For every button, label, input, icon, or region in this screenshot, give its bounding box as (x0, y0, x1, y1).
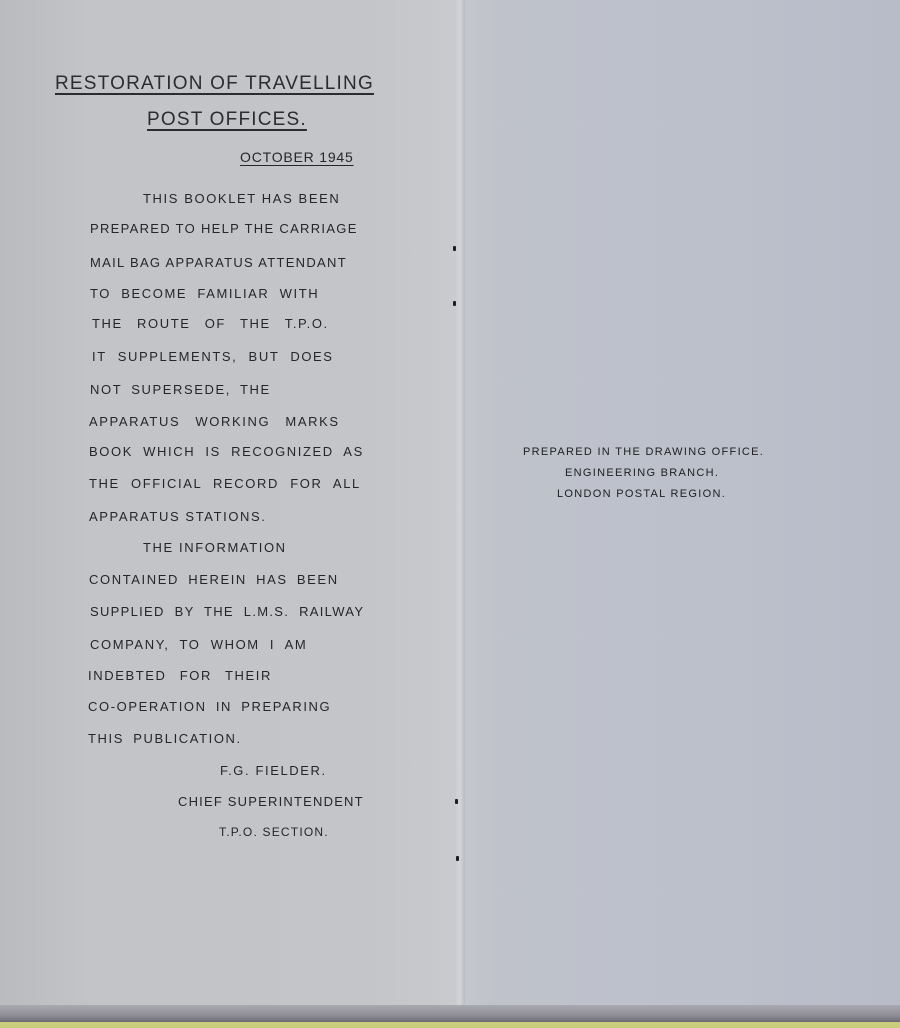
body-line: COMPANY, TO WHOM I AM (90, 638, 307, 651)
body-line: THIS BOOKLET HAS BEEN (143, 192, 340, 205)
title-line-1: RESTORATION OF TRAVELLING (55, 74, 374, 93)
staple-icon (453, 301, 456, 306)
credit-line-1: PREPARED IN THE DRAWING OFFICE. (523, 447, 764, 458)
body-line: THIS PUBLICATION. (88, 732, 242, 745)
left-page: RESTORATION OF TRAVELLING POST OFFICES. … (0, 0, 458, 1010)
body-line: BOOK WHICH IS RECOGNIZED AS (89, 445, 364, 458)
body-line: APPARATUS STATIONS. (89, 510, 267, 523)
signature-title: CHIEF SUPERINTENDENT (178, 795, 364, 808)
staple-icon (455, 799, 458, 804)
credit-line-2: ENGINEERING BRANCH. (565, 468, 719, 479)
booklet-bottom-edge (0, 1005, 900, 1022)
body-line: TO BECOME FAMILIAR WITH (90, 287, 319, 300)
right-page: PREPARED IN THE DRAWING OFFICE. ENGINEER… (458, 0, 900, 1010)
body-line: PREPARED TO HELP THE CARRIAGE (90, 222, 358, 235)
body-line: THE ROUTE OF THE T.P.O. (92, 317, 329, 330)
body-line: CONTAINED HEREIN HAS BEEN (89, 573, 339, 586)
open-booklet: RESTORATION OF TRAVELLING POST OFFICES. … (0, 0, 900, 1022)
staple-icon (453, 246, 456, 251)
date: OCTOBER 1945 (240, 150, 354, 164)
body-line: CO-OPERATION IN PREPARING (88, 700, 331, 713)
credit-line-3: LONDON POSTAL REGION. (557, 489, 726, 500)
body-line: SUPPLIED BY THE L.M.S. RAILWAY (90, 605, 364, 618)
body-line: INDEBTED FOR THEIR (88, 669, 272, 682)
body-line: IT SUPPLEMENTS, BUT DOES (92, 350, 334, 363)
title-line-2: POST OFFICES. (147, 110, 307, 129)
signature-section: T.P.O. SECTION. (219, 826, 329, 838)
body-line: THE INFORMATION (143, 541, 287, 554)
signature-name: F.G. FIELDER. (220, 764, 327, 777)
staple-icon (456, 856, 459, 861)
body-line: APPARATUS WORKING MARKS (89, 415, 340, 428)
body-line: THE OFFICIAL RECORD FOR ALL (89, 477, 361, 490)
body-line: MAIL BAG APPARATUS ATTENDANT (90, 256, 347, 269)
body-line: NOT SUPERSEDE, THE (90, 383, 271, 396)
